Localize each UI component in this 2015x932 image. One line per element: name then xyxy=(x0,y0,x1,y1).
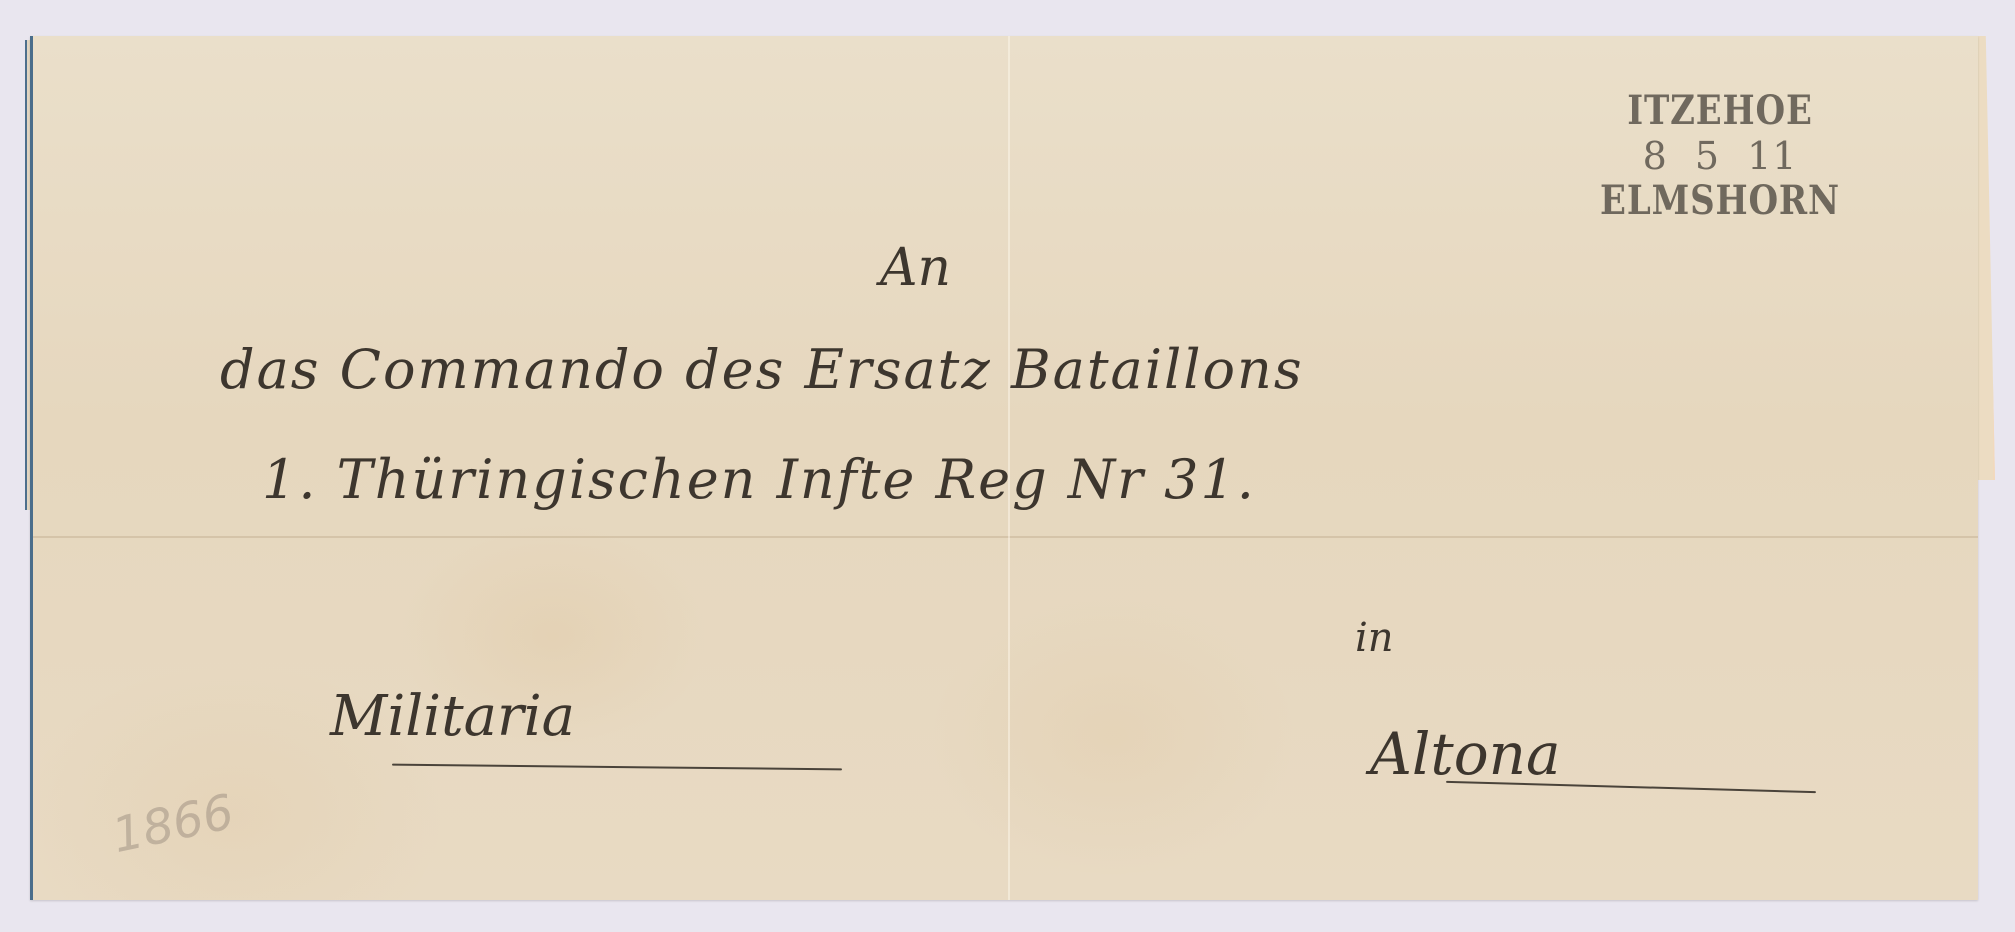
address-line-1: das Commando des Ersatz Bataillons xyxy=(220,338,1304,401)
address-line-2: 1. Thüringischen Infte Reg Nr 31. xyxy=(262,448,1256,511)
postmark-date: 8 5 11 xyxy=(1570,134,1870,178)
postmark-stamp: ITZEHOE 8 5 11 ELMSHORN xyxy=(1570,88,1870,224)
postmark-route: ELMSHORN xyxy=(1593,178,1848,224)
address-city: Altona xyxy=(1370,720,1561,788)
horizontal-fold-line xyxy=(33,536,1978,538)
salutation-text: An xyxy=(880,238,951,298)
militaria-annotation: Militaria xyxy=(330,684,575,749)
address-preposition: in xyxy=(1355,615,1394,661)
postmark-town: ITZEHOE xyxy=(1593,88,1848,134)
